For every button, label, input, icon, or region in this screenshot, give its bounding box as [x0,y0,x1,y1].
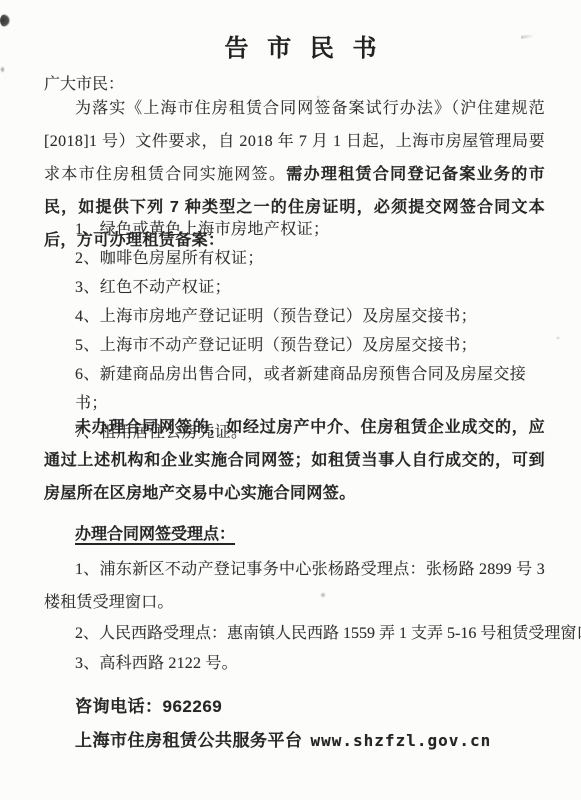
acceptance-points-heading: 办理合同网签受理点： [75,521,235,544]
ink-smudge [0,66,5,73]
certificate-item-3: 3、红色不动产权证； [75,273,551,302]
hotline-line: 咨询电话：962269 [75,692,222,717]
certificate-item-4: 4、上海市房地产登记证明（预告登记）及房屋交接书； [75,302,551,331]
hotline-number: 962269 [163,697,223,716]
certificate-item-6: 6、新建商品房出售合同，或者新建商品房预售合同及房屋交接书； [75,360,551,418]
certificate-item-5: 5、上海市不动产登记证明（预告登记）及房屋交接书； [75,331,551,360]
platform-url: www.shzfzl.gov.cn [311,731,492,750]
document-title: 告 市 民 书 [0,28,581,63]
certificate-item-1: 1、绿色或黄色上海市房地产权证； [75,215,551,244]
salutation: 广大市民： [44,71,124,94]
acceptance-point-3: 3、高科西路 2122 号。 [44,647,545,680]
no-netsign-note-paragraph: 未办理合同网签的，如经过房产中介、住房租赁企业成交的，应通过上述机构和企业实施合… [44,411,545,510]
hotline-label: 咨询电话： [75,697,163,716]
notice-page: 告 市 民 书 广大市民： 为落实《上海市住房租赁合同网签备案试行办法》（沪住建… [0,0,581,800]
acceptance-point-1: 1、浦东新区不动产登记事务中心张杨路受理点：张杨路 2899 号 3 楼租赁受理… [44,553,545,619]
platform-line: 上海市住房租赁公共服务平台www.shzfzl.gov.cn [75,726,491,751]
ink-smudge [0,14,10,27]
scan-dot [556,336,560,340]
platform-name: 上海市住房租赁公共服务平台 [75,731,303,750]
certificate-item-2: 2、咖啡色房屋所有权证； [75,244,551,273]
acceptance-point-2: 2、人民西路受理点：惠南镇人民西路 1559 弄 1 支弄 5-16 号租赁受理… [44,617,545,650]
